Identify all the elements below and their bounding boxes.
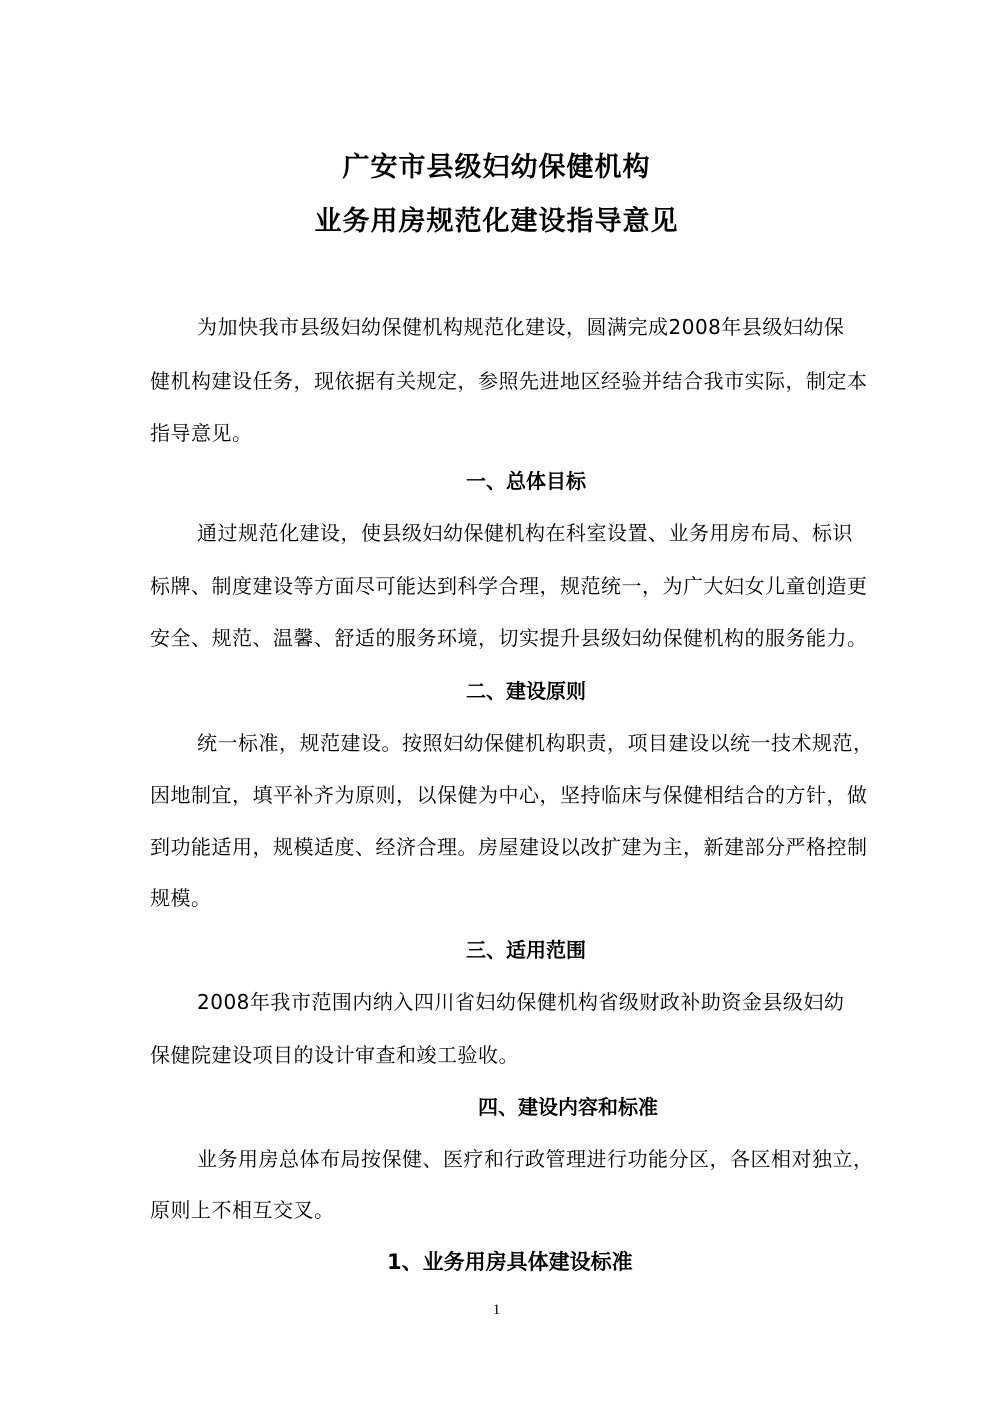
section-1-line-1: 通过规范化建设，使县级妇幼保健机构在科室设置、业务用房布局、标识 bbox=[197, 519, 853, 547]
intro-line-2: 健机构建设任务，现依据有关规定，参照先进地区经验并结合我市实际，制定本 bbox=[150, 367, 868, 395]
document-title-line-2: 业务用房规范化建设指导意见 bbox=[0, 204, 993, 240]
section-4-line-2: 原则上不相互交叉。 bbox=[150, 1196, 335, 1224]
page-number: 1 bbox=[0, 1301, 993, 1319]
document-title-line-1: 广安市县级妇幼保健机构 bbox=[0, 150, 993, 186]
intro-line-3: 指导意见。 bbox=[150, 419, 253, 447]
section-heading-construction-principles: 二、建设原则 bbox=[466, 677, 586, 705]
section-2-line-2: 因地制宜，填平补齐为原则，以保健为中心，坚持临床与保健相结合的方针，做 bbox=[150, 781, 868, 809]
section-heading-scope: 三、适用范围 bbox=[466, 936, 586, 964]
section-1-line-2: 标牌、制度建设等方面尽可能达到科学合理，规范统一，为广大妇女儿童创造更 bbox=[150, 572, 868, 600]
subsection-heading-building-standards: 1、业务用房具体建设标准 bbox=[387, 1248, 633, 1276]
section-3-line-2: 保健院建设项目的设计审查和竣工验收。 bbox=[150, 1041, 519, 1069]
section-heading-overall-goal: 一、总体目标 bbox=[466, 467, 586, 495]
section-2-line-1: 统一标准，规范建设。按照妇幼保健机构职责，项目建设以统一技术规范， bbox=[197, 729, 874, 757]
document-page: 广安市县级妇幼保健机构 业务用房规范化建设指导意见 为加快我市县级妇幼保健机构规… bbox=[0, 0, 993, 1404]
section-1-line-3: 安全、规范、温馨、舒适的服务环境，切实提升县级妇幼保健机构的服务能力。 bbox=[150, 624, 868, 652]
section-4-line-1: 业务用房总体布局按保健、医疗和行政管理进行功能分区，各区相对独立， bbox=[197, 1145, 874, 1173]
section-3-line-1: 2008年我市范围内纳入四川省妇幼保健机构省级财政补助资金县级妇幼 bbox=[197, 988, 844, 1016]
intro-line-1: 为加快我市县级妇幼保健机构规范化建设，圆满完成2008年县级妇幼保 bbox=[197, 313, 844, 341]
section-2-line-4: 规模。 bbox=[150, 884, 212, 912]
section-2-line-3: 到功能适用，规模适度、经济合理。房屋建设以改扩建为主，新建部分严格控制 bbox=[150, 833, 868, 861]
section-heading-content-standards: 四、建设内容和标准 bbox=[478, 1093, 658, 1121]
